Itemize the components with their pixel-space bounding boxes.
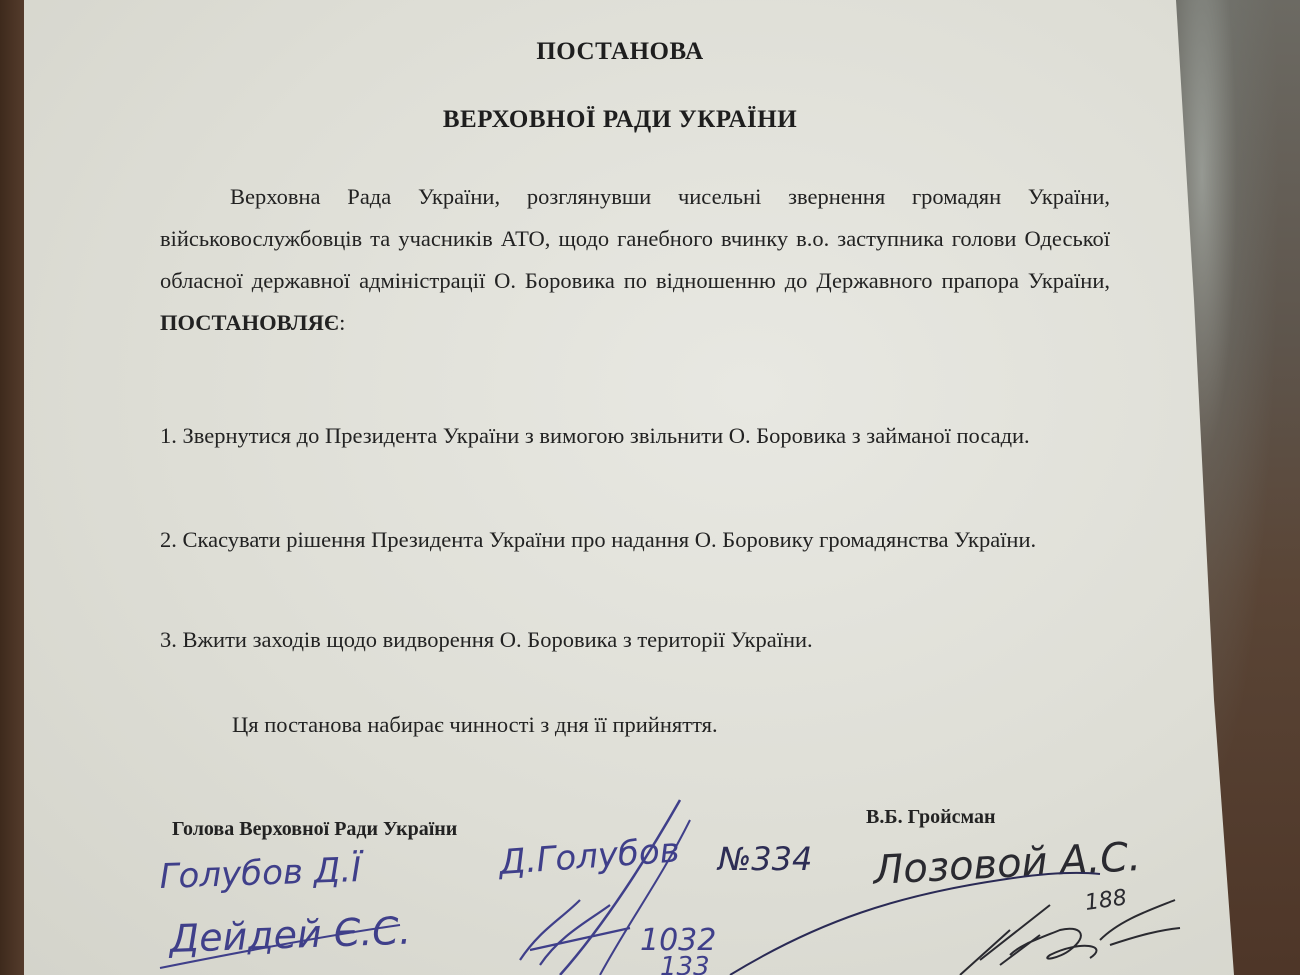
preamble-paragraph: Верховна Рада України, розглянувши чисел… <box>160 176 1110 344</box>
item-number: 1. <box>160 423 177 448</box>
resolution-item-3: 3. Вжити заходів щодо видворення О. Боро… <box>160 614 1110 666</box>
item-number: 2. <box>160 527 177 552</box>
signatory-name: В.Б. Гройсман <box>866 806 996 829</box>
signatory-position: Голова Верховної Ради України <box>172 818 457 841</box>
preamble-text: Верховна Рада України, розглянувши чисел… <box>160 184 1110 293</box>
effect-clause: Ця постанова набирає чинності з дня її п… <box>232 712 718 738</box>
resolution-item-1: 1. Звернутися до Президента України з ви… <box>160 410 1110 462</box>
item-text: Вжити заходів щодо видворення О. Боровик… <box>183 627 813 652</box>
resolution-item-2: 2. Скасувати рішення Президента України … <box>160 514 1110 566</box>
item-text: Скасувати рішення Президента України про… <box>183 527 1037 552</box>
preamble-suffix: : <box>339 310 345 335</box>
item-text: Звернутися до Президента України з вимог… <box>183 423 1030 448</box>
document-issuer: ВЕРХОВНОЇ РАДИ УКРАЇНИ <box>0 106 1240 134</box>
resolves-keyword: ПОСТАНОВЛЯЄ <box>160 310 339 335</box>
document-title: ПОСТАНОВА <box>0 38 1240 66</box>
item-number: 3. <box>160 627 177 652</box>
